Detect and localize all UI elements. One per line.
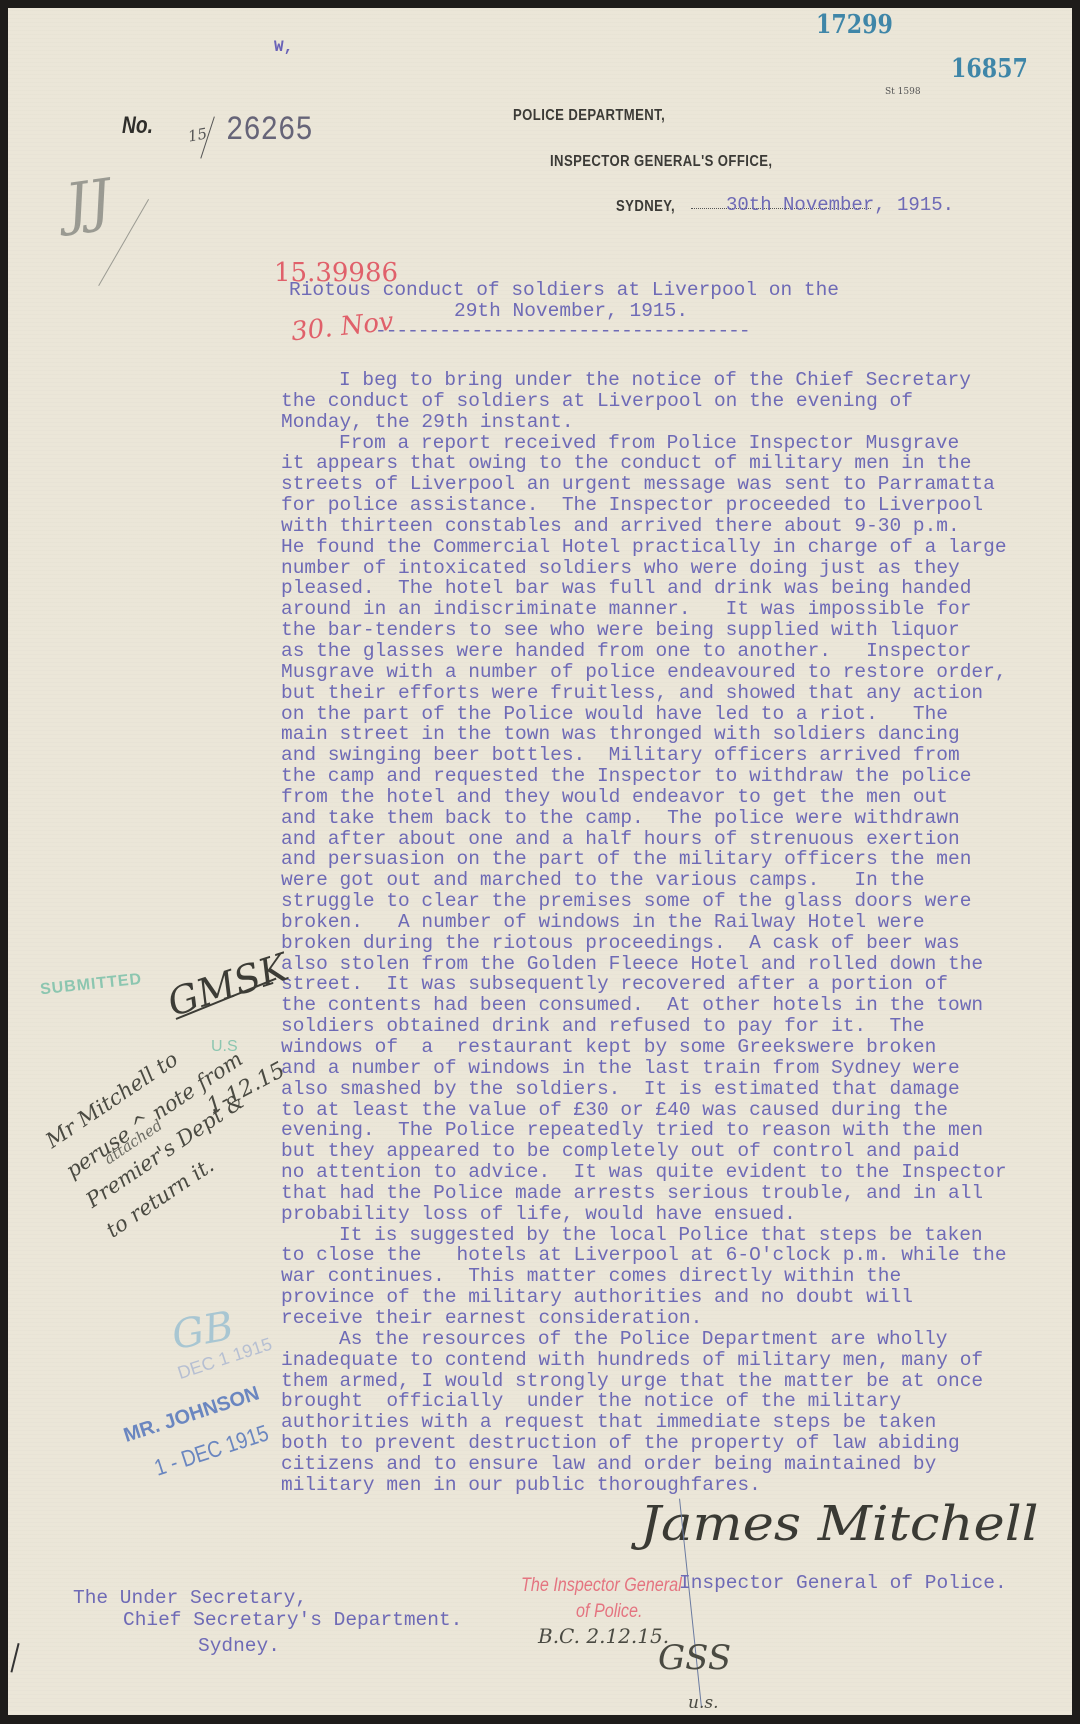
body-line: with thirteen constables and arrived the…	[281, 516, 1007, 537]
us-note: u.s.	[688, 1693, 718, 1713]
body-line: the contents had been consumed. At other…	[281, 995, 1007, 1016]
body-line: the conduct of soldiers at Liverpool on …	[281, 391, 1007, 412]
addressee-line-3: Sydney.	[198, 1636, 280, 1657]
body-line: and swinging beer bottles. Military offi…	[281, 745, 1007, 766]
body-line: military men in our public thoroughfares…	[281, 1475, 1007, 1496]
red-stamp-line-1: The Inspector General	[521, 1575, 682, 1597]
body-line: but their efforts were fruitless, and sh…	[281, 683, 1007, 704]
body-line: that had the Police made arrests serious…	[281, 1183, 1007, 1204]
bottom-initials: GSS	[658, 1638, 731, 1678]
submitted-stamp: SUBMITTED	[39, 971, 143, 1000]
body-line: probability loss of life, would have ens…	[281, 1204, 1007, 1225]
addressee-line-1: The Under Secretary,	[73, 1588, 307, 1609]
body-line: to at least the value of £30 or £40 was …	[281, 1100, 1007, 1121]
office-heading: INSPECTOR GENERAL'S OFFICE,	[550, 153, 772, 171]
body-line: From a report received from Police Inspe…	[281, 433, 1007, 454]
bc-date-note: B.C. 2.12.15.	[538, 1624, 669, 1648]
document-page: W, 17299 16857 St 1598 No. 15 26265 POLI…	[8, 8, 1072, 1715]
subject-line-2: 29th November, 1915.	[454, 301, 688, 322]
body-line: As the resources of the Police Departmen…	[281, 1329, 1007, 1350]
body-line: the camp and requested the Inspector to …	[281, 766, 1007, 787]
body-line: around in an indiscriminate manner. It w…	[281, 599, 1007, 620]
body-line: were got out and marched to the various …	[281, 870, 1007, 891]
top-mark: W,	[274, 38, 293, 56]
reference-stamp-17299: 17299	[816, 10, 893, 40]
body-line: street. It was subsequently recovered af…	[281, 974, 1007, 995]
body-line: citizens and to ensure law and order bei…	[281, 1454, 1007, 1475]
body-line: from the hotel and they would endeavor t…	[281, 787, 1007, 808]
file-number: 26265	[226, 112, 313, 150]
letter-body: I beg to bring under the notice of the C…	[281, 370, 1007, 1496]
body-line: authorities with a request that immediat…	[281, 1412, 1007, 1433]
place-label: SYDNEY,	[616, 198, 675, 216]
body-line: as the glasses were handed from one to a…	[281, 641, 1007, 662]
body-line: but they appeared to be completely out o…	[281, 1141, 1007, 1162]
body-line: inadequate to contend with hundreds of m…	[281, 1350, 1007, 1371]
body-line: soldiers obtained drink and refused to p…	[281, 1016, 1007, 1037]
body-line: brought officially under the notice of t…	[281, 1391, 1007, 1412]
body-line: He found the Commercial Hotel practicall…	[281, 537, 1007, 558]
body-line: and after about one and a half hours of …	[281, 829, 1007, 850]
reference-stamp-16857: 16857	[951, 54, 1028, 84]
body-line: for police assistance. The Inspector pro…	[281, 495, 1007, 516]
body-line: main street in the town was thronged wit…	[281, 724, 1007, 745]
body-line: It is suggested by the local Police that…	[281, 1225, 1007, 1246]
form-code: St 1598	[885, 87, 921, 97]
body-line: no attention to advice. It was quite evi…	[281, 1162, 1007, 1183]
margin-tick	[10, 1643, 21, 1673]
body-line: Musgrave with a number of police endeavo…	[281, 662, 1007, 683]
body-line: and persuasion on the part of the milita…	[281, 849, 1007, 870]
subject-rule: -----------------------------------	[375, 321, 750, 342]
body-line: I beg to bring under the notice of the C…	[281, 370, 1007, 391]
body-line: broken during the riotous proceedings. A…	[281, 933, 1007, 954]
body-line: both to prevent destruction of the prope…	[281, 1433, 1007, 1454]
body-line: and take them back to the camp. The poli…	[281, 808, 1007, 829]
body-line: it appears that owing to the conduct of …	[281, 453, 1007, 474]
initials-gmsk: GMSK	[162, 945, 293, 1025]
body-line: receive their earnest consideration.	[281, 1308, 1007, 1329]
letter-date: 30th November, 1915.	[726, 194, 954, 216]
body-line: to close the hotels at Liverpool at 6-O'…	[281, 1245, 1007, 1266]
body-line: also smashed by the soldiers. It is esti…	[281, 1079, 1007, 1100]
body-line: number of intoxicated soldiers who were …	[281, 558, 1007, 579]
body-line: also stolen from the Golden Fleece Hotel…	[281, 954, 1007, 975]
body-line: on the part of the Police would have led…	[281, 704, 1007, 725]
body-line: Monday, the 29th instant.	[281, 412, 1007, 433]
number-label: No.	[122, 112, 153, 140]
body-line: war continues. This matter comes directl…	[281, 1266, 1007, 1287]
subject-line-1: Riotous conduct of soldiers at Liverpool…	[289, 280, 839, 301]
body-line: evening. The Police repeatedly tried to …	[281, 1120, 1007, 1141]
body-line: struggle to clear the premises some of t…	[281, 891, 1007, 912]
top-left-initials: JJ	[62, 167, 116, 238]
body-line: them armed, I would strongly urge that t…	[281, 1371, 1007, 1392]
addressee-line-2: Chief Secretary's Department.	[123, 1610, 462, 1631]
signature-title: Inspector General of Police.	[679, 1573, 1007, 1594]
body-line: and a number of windows in the last trai…	[281, 1058, 1007, 1079]
body-line: broken. A number of windows in the Railw…	[281, 912, 1007, 933]
body-line: pleased. The hotel bar was full and drin…	[281, 578, 1007, 599]
body-line: windows of a restaurant kept by some Gre…	[281, 1037, 1007, 1058]
body-line: province of the military authorities and…	[281, 1287, 1007, 1308]
department-heading: POLICE DEPARTMENT,	[513, 107, 665, 125]
body-line: streets of Liverpool an urgent message w…	[281, 474, 1007, 495]
handwritten-signature: James Mitchell	[640, 1496, 1039, 1552]
body-line: the bar-tenders to see who were being su…	[281, 620, 1007, 641]
red-stamp-line-2: of Police.	[576, 1601, 642, 1623]
